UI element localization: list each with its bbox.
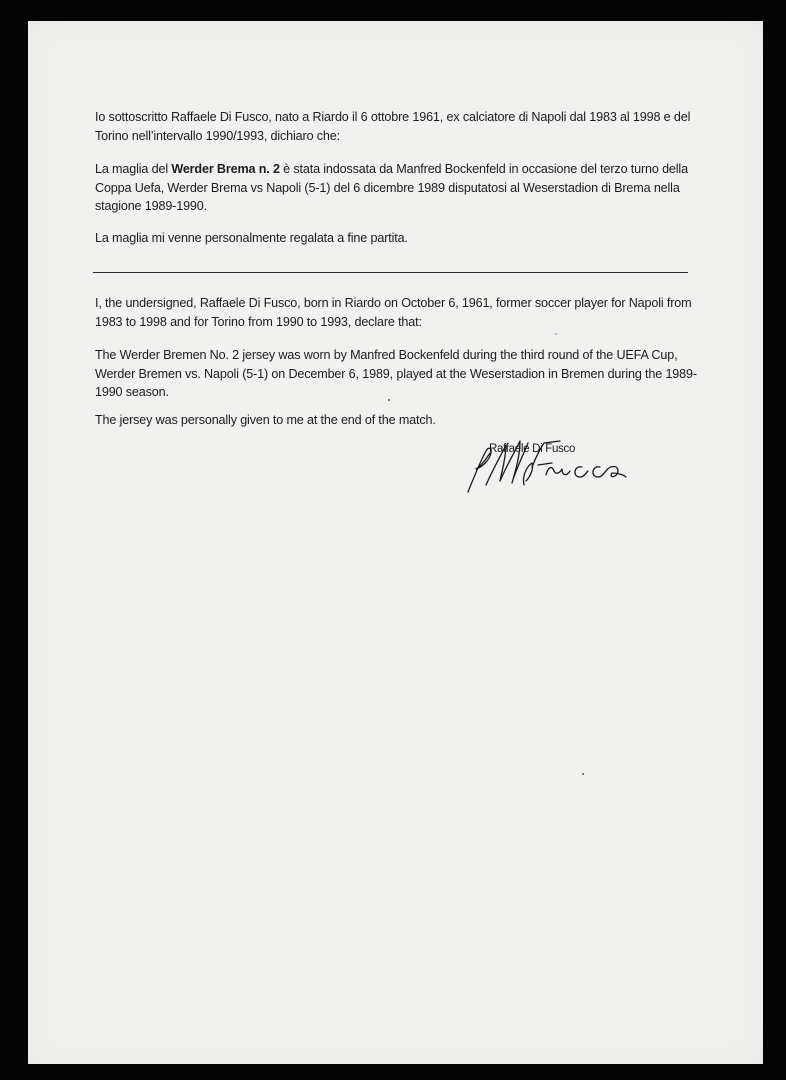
- section-divider: [93, 272, 688, 273]
- english-intro-paragraph: I, the undersigned, Raffaele Di Fusco, b…: [95, 294, 705, 331]
- handwritten-signature-icon: [462, 437, 632, 502]
- paper-speck: [555, 333, 557, 335]
- paper-speck: [582, 773, 584, 775]
- italian-statement-prefix: La maglia del: [95, 162, 171, 176]
- english-statement-paragraph: The Werder Bremen No. 2 jersey was worn …: [95, 346, 705, 402]
- paper-speck: [388, 399, 390, 401]
- italian-closing-paragraph: La maglia mi venne personalmente regalat…: [95, 229, 705, 248]
- italian-intro-paragraph: Io sottoscritto Raffaele Di Fusco, nato …: [95, 108, 705, 145]
- jersey-name-bold: Werder Brema n. 2: [171, 162, 280, 176]
- italian-statement-paragraph: La maglia del Werder Brema n. 2 è stata …: [95, 160, 705, 216]
- english-closing-paragraph: The jersey was personally given to me at…: [95, 411, 705, 430]
